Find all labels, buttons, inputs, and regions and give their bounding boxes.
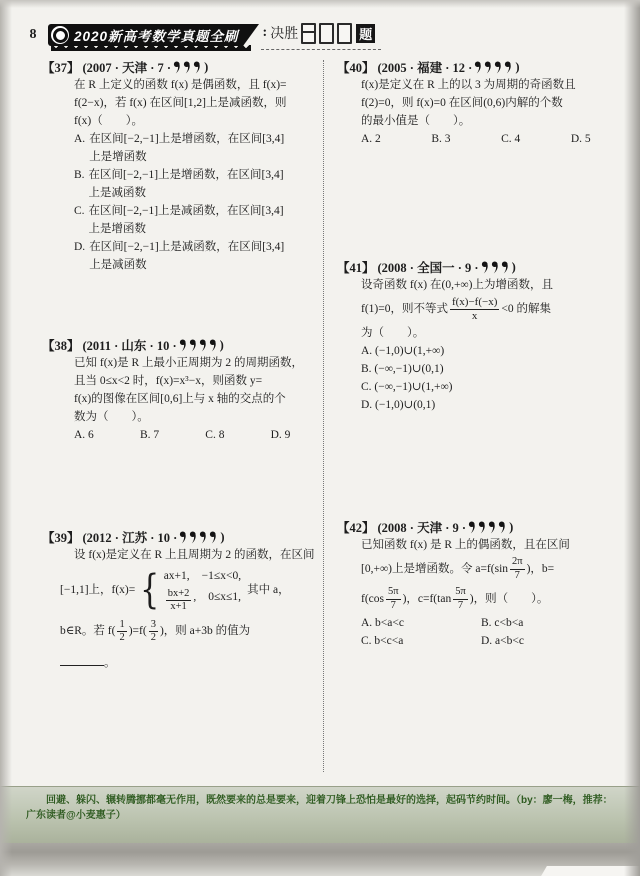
problem-number: 【40】 xyxy=(337,58,375,76)
flame-icon xyxy=(468,521,477,534)
option-C: C. 4 xyxy=(501,130,520,148)
flame-icon xyxy=(501,261,510,274)
flame-icon xyxy=(491,261,500,274)
problem-source: (2011 · 山东 · 10 · xyxy=(83,336,177,354)
difficulty-rating xyxy=(474,61,513,74)
problem-source: (2008 · 全国一 · 9 · xyxy=(378,258,479,276)
piecewise-brace: { xyxy=(140,572,159,608)
fraction: 12 xyxy=(117,619,126,644)
problem-source: (2012 · 江苏 · 10 · xyxy=(83,528,178,546)
problem-heading: 【37】 (2007 · 天津 · 7 · ) xyxy=(42,58,322,76)
flame-icon xyxy=(183,61,192,74)
banner-tail xyxy=(243,24,259,46)
difficulty-rating xyxy=(173,61,202,74)
footer-quote-band: 回避、躲闪、辗转腾挪都毫无作用，既然要来的总是要来，迎着刀锋上恐怕是最好的选择，… xyxy=(0,786,640,843)
problem-source-close: ) xyxy=(220,338,224,353)
digit-0-box xyxy=(319,23,334,44)
option-C: C. b<c<a xyxy=(361,632,481,650)
statement-line: 的最小值是（ ）。 xyxy=(361,112,622,130)
problem-number: 【41】 xyxy=(337,258,375,276)
option-A: A. 2 xyxy=(361,130,381,148)
difficulty-rating xyxy=(179,531,218,544)
statement-line: f(x)是定义在 R 上的以 3 为周期的奇函数且 xyxy=(361,76,622,94)
statement-line: 数为（ ）。 xyxy=(74,408,320,426)
option-B: B. 7 xyxy=(140,426,159,444)
statement-line: f(2)=0，则 f(x)=0 在区间(0,6)内解的个数 xyxy=(361,94,622,112)
flame-icon xyxy=(179,531,188,544)
problem-source-close: ) xyxy=(515,60,519,75)
option-A: A. 在区间[−2,−1]上是增函数，在区间[3,4]上是增函数 xyxy=(74,130,320,166)
problem-heading: 【42】 (2008 · 天津 · 9 · ) xyxy=(337,518,624,536)
problem-source-close: ) xyxy=(220,530,224,545)
subtitle-digits xyxy=(301,23,352,44)
problem-source: (2008 · 天津 · 9 · xyxy=(378,518,467,536)
digit-0-box xyxy=(337,23,352,44)
fraction: 5π7 xyxy=(453,586,468,611)
statement-line: f(x)（ ）。 xyxy=(74,112,320,130)
quote-line-1: 回避、躲闪、辗转腾挪都毫无作用，既然要来的总是要来，迎着刀锋上恐怕是最好的选择，… xyxy=(26,793,620,808)
brand-target-icon xyxy=(51,26,69,44)
option-D: D. (−1,0)∪(0,1) xyxy=(361,396,622,414)
option-A: A. b<a<c xyxy=(361,614,481,632)
problem-38: 【38】 (2011 · 山东 · 10 · ) 已知 f(x)是 R 上最小正… xyxy=(30,336,322,444)
difficulty-rating xyxy=(179,339,218,352)
left-column: 【37】 (2007 · 天津 · 7 · ) 在 R 上定义的函数 f(x) … xyxy=(30,58,322,782)
problem-body: 设 f(x)是定义在 R 上且周期为 2 的函数，在区间 [−1,1]上，f(x… xyxy=(74,546,320,672)
flame-icon xyxy=(504,61,513,74)
statement-line: 为（ ）。 xyxy=(361,324,622,342)
problem-number: 【38】 xyxy=(42,336,80,354)
flame-icon xyxy=(193,61,202,74)
problem-source: (2005 · 福建 · 12 · xyxy=(378,58,473,76)
statement-line: 设奇函数 f(x) 在(0,+∞)上为增函数，且 xyxy=(361,276,622,294)
difficulty-rating xyxy=(468,521,507,534)
fraction: 32 xyxy=(149,619,158,644)
fraction: bx+2x+1 xyxy=(166,588,192,613)
column-divider xyxy=(323,60,324,772)
subtitle-prefix: 决胜 xyxy=(270,23,298,43)
problem-42: 【42】 (2008 · 天津 · 9 · ) 已知函数 f(x) 是 R 上的… xyxy=(333,518,624,650)
options-grid: A. b<a<c B. c<b<a C. b<c<a D. a<b<c xyxy=(361,614,622,650)
fraction: 2π7 xyxy=(510,556,525,581)
statement-line: 已知函数 f(x) 是 R 上的偶函数，且在区间 xyxy=(361,536,622,554)
option-C: C. (−∞,−1)∪(1,+∞) xyxy=(361,378,622,396)
option-B: B. (−∞,−1)∪(0,1) xyxy=(361,360,622,378)
fraction: f(x)−f(−x)x xyxy=(450,296,499,322)
option-B: B. 在区间[−2,−1]上是增函数，在区间[3,4]上是减函数 xyxy=(74,166,320,202)
flame-icon xyxy=(484,61,493,74)
problem-37: 【37】 (2007 · 天津 · 7 · ) 在 R 上定义的函数 f(x) … xyxy=(30,58,322,274)
subtitle-colon: : xyxy=(263,25,268,41)
scan-edge-right xyxy=(624,0,640,876)
flame-icon xyxy=(199,531,208,544)
inequality-line: f(1)=0，则不等式 f(x)−f(−x)x <0 的解集 xyxy=(361,294,622,324)
difficulty-rating xyxy=(481,261,510,274)
flame-icon xyxy=(488,521,497,534)
book-title: 2020新高考数学真题全刷 xyxy=(74,25,239,45)
problem-source-close: ) xyxy=(204,60,208,75)
problem-source-close: ) xyxy=(509,520,513,535)
piecewise-case-2: bx+2x+1, 0≤x≤1, xyxy=(164,588,241,613)
flame-icon xyxy=(179,339,188,352)
banner-sawtooth-edge xyxy=(51,45,251,51)
problem-number: 【39】 xyxy=(42,528,80,546)
definition-line-1: [0,+∞)上是增函数。令 a=f(sin 2π7 )，b= xyxy=(361,554,622,584)
fraction: 5π7 xyxy=(386,586,401,611)
statement-line: f(2−x)，若 f(x) 在区间[1,2]上是减函数，则 xyxy=(74,94,320,112)
option-D: D. a<b<c xyxy=(481,632,622,650)
problem-heading: 【38】 (2011 · 山东 · 10 · ) xyxy=(42,336,322,354)
statement-line: f(x)的图像在区间[0,6]上与 x 轴的交点的个 xyxy=(74,390,320,408)
problem-heading: 【40】 (2005 · 福建 · 12 · ) xyxy=(337,58,624,76)
definition-line-2: f(cos 5π7 )，c=f(tan 5π7 )，则（ ）。 xyxy=(361,584,622,614)
quote-line-2: 广东读者@小麦惠子） xyxy=(26,808,620,823)
statement-line: 且当 0≤x<2 时，f(x)=x³−x，则函数 y= xyxy=(74,372,320,390)
flame-icon xyxy=(474,61,483,74)
flame-icon xyxy=(481,261,490,274)
book-subtitle: : 决胜 题 xyxy=(261,21,382,50)
problem-body: f(x)是定义在 R 上的以 3 为周期的奇函数且 f(2)=0，则 f(x)=… xyxy=(361,76,622,148)
content-columns: 【37】 (2007 · 天津 · 7 · ) 在 R 上定义的函数 f(x) … xyxy=(30,58,624,782)
right-column: 【40】 (2005 · 福建 · 12 · ) f(x)是定义在 R 上的以 … xyxy=(325,58,624,782)
flame-icon xyxy=(189,339,198,352)
page-header: 8 2020新高考数学真题全刷 : 决胜 题 xyxy=(26,17,626,53)
flame-icon xyxy=(173,61,182,74)
option-D: D. 9 xyxy=(271,426,291,444)
options-list: A. (−1,0)∪(1,+∞) B. (−∞,−1)∪(0,1) C. (−∞… xyxy=(361,342,622,414)
option-B: B. c<b<a xyxy=(481,614,622,632)
option-A: A. 6 xyxy=(74,426,94,444)
flame-icon xyxy=(209,339,218,352)
scan-edge-left xyxy=(0,0,12,876)
option-D: D. 5 xyxy=(571,130,591,148)
statement-line: 已知 f(x)是 R 上最小正周期为 2 的周期函数， xyxy=(74,354,320,372)
problem-source: (2007 · 天津 · 7 · xyxy=(83,58,172,76)
answer-blank xyxy=(60,652,104,666)
option-C: C. 8 xyxy=(205,426,224,444)
flame-icon xyxy=(478,521,487,534)
page-number: 8 xyxy=(26,27,40,43)
option-A: A. (−1,0)∪(1,+∞) xyxy=(361,342,622,360)
flame-icon xyxy=(494,61,503,74)
scan-edge-top xyxy=(0,0,640,8)
page-bottom-notch xyxy=(541,866,640,876)
problem-number: 【37】 xyxy=(42,58,80,76)
condition-line: b∈R。若 f( 12 )=f( 32 )，则 a+3b 的值为 xyxy=(60,616,320,646)
piecewise-prefix: [−1,1]上，f(x)= xyxy=(60,581,135,599)
options-row: A. 6 B. 7 C. 8 D. 9 xyxy=(74,426,290,444)
problem-source-close: ) xyxy=(512,260,516,275)
problem-heading: 【39】 (2012 · 江苏 · 10 · ) xyxy=(42,528,322,546)
flame-icon xyxy=(498,521,507,534)
options-row: A. 2 B. 3 C. 4 D. 5 xyxy=(361,130,591,148)
problem-40: 【40】 (2005 · 福建 · 12 · ) f(x)是定义在 R 上的以 … xyxy=(333,58,624,148)
scanned-textbook-page: { "header": { "page_number": "8", "banne… xyxy=(0,0,640,876)
flame-icon xyxy=(189,531,198,544)
statement-line: 设 f(x)是定义在 R 上且周期为 2 的函数，在区间 xyxy=(74,546,320,564)
problem-heading: 【41】 (2008 · 全国一 · 9 · ) xyxy=(337,258,624,276)
option-B: B. 3 xyxy=(431,130,450,148)
problem-body: 已知 f(x)是 R 上最小正周期为 2 的周期函数， 且当 0≤x<2 时，f… xyxy=(74,354,320,444)
flame-icon xyxy=(209,531,218,544)
answer-blank-line: 。 xyxy=(60,652,320,672)
problem-body: 设奇函数 f(x) 在(0,+∞)上为增函数，且 f(1)=0，则不等式 f(x… xyxy=(361,276,622,414)
piecewise-case-1: ax+1, −1≤x<0, xyxy=(164,567,241,585)
statement-line: 在 R 上定义的函数 f(x) 是偶函数，且 f(x)= xyxy=(74,76,320,94)
subtitle-suffix-box: 题 xyxy=(356,24,375,43)
option-C: C. 在区间[−2,−1]上是减函数，在区间[3,4]上是增函数 xyxy=(74,202,320,238)
flame-icon xyxy=(199,339,208,352)
digit-8-box xyxy=(301,23,316,44)
problem-41: 【41】 (2008 · 全国一 · 9 · ) 设奇函数 f(x) 在(0,+… xyxy=(333,258,624,414)
problem-body: 已知函数 f(x) 是 R 上的偶函数，且在区间 [0,+∞)上是增函数。令 a… xyxy=(361,536,622,650)
piecewise-after: 其中 a， xyxy=(247,581,289,599)
option-D: D. 在区间[−2,−1]上是减函数，在区间[3,4]上是减函数 xyxy=(74,238,320,274)
title-banner: 2020新高考数学真题全刷 xyxy=(48,24,243,46)
problem-number: 【42】 xyxy=(337,518,375,536)
problem-39: 【39】 (2012 · 江苏 · 10 · ) 设 f(x)是定义在 R 上且… xyxy=(30,528,322,672)
problem-body: 在 R 上定义的函数 f(x) 是偶函数，且 f(x)= f(2−x)，若 f(… xyxy=(74,76,320,274)
piecewise-definition: [−1,1]上，f(x)= { ax+1, −1≤x<0, bx+2x+1, 0… xyxy=(60,567,320,613)
